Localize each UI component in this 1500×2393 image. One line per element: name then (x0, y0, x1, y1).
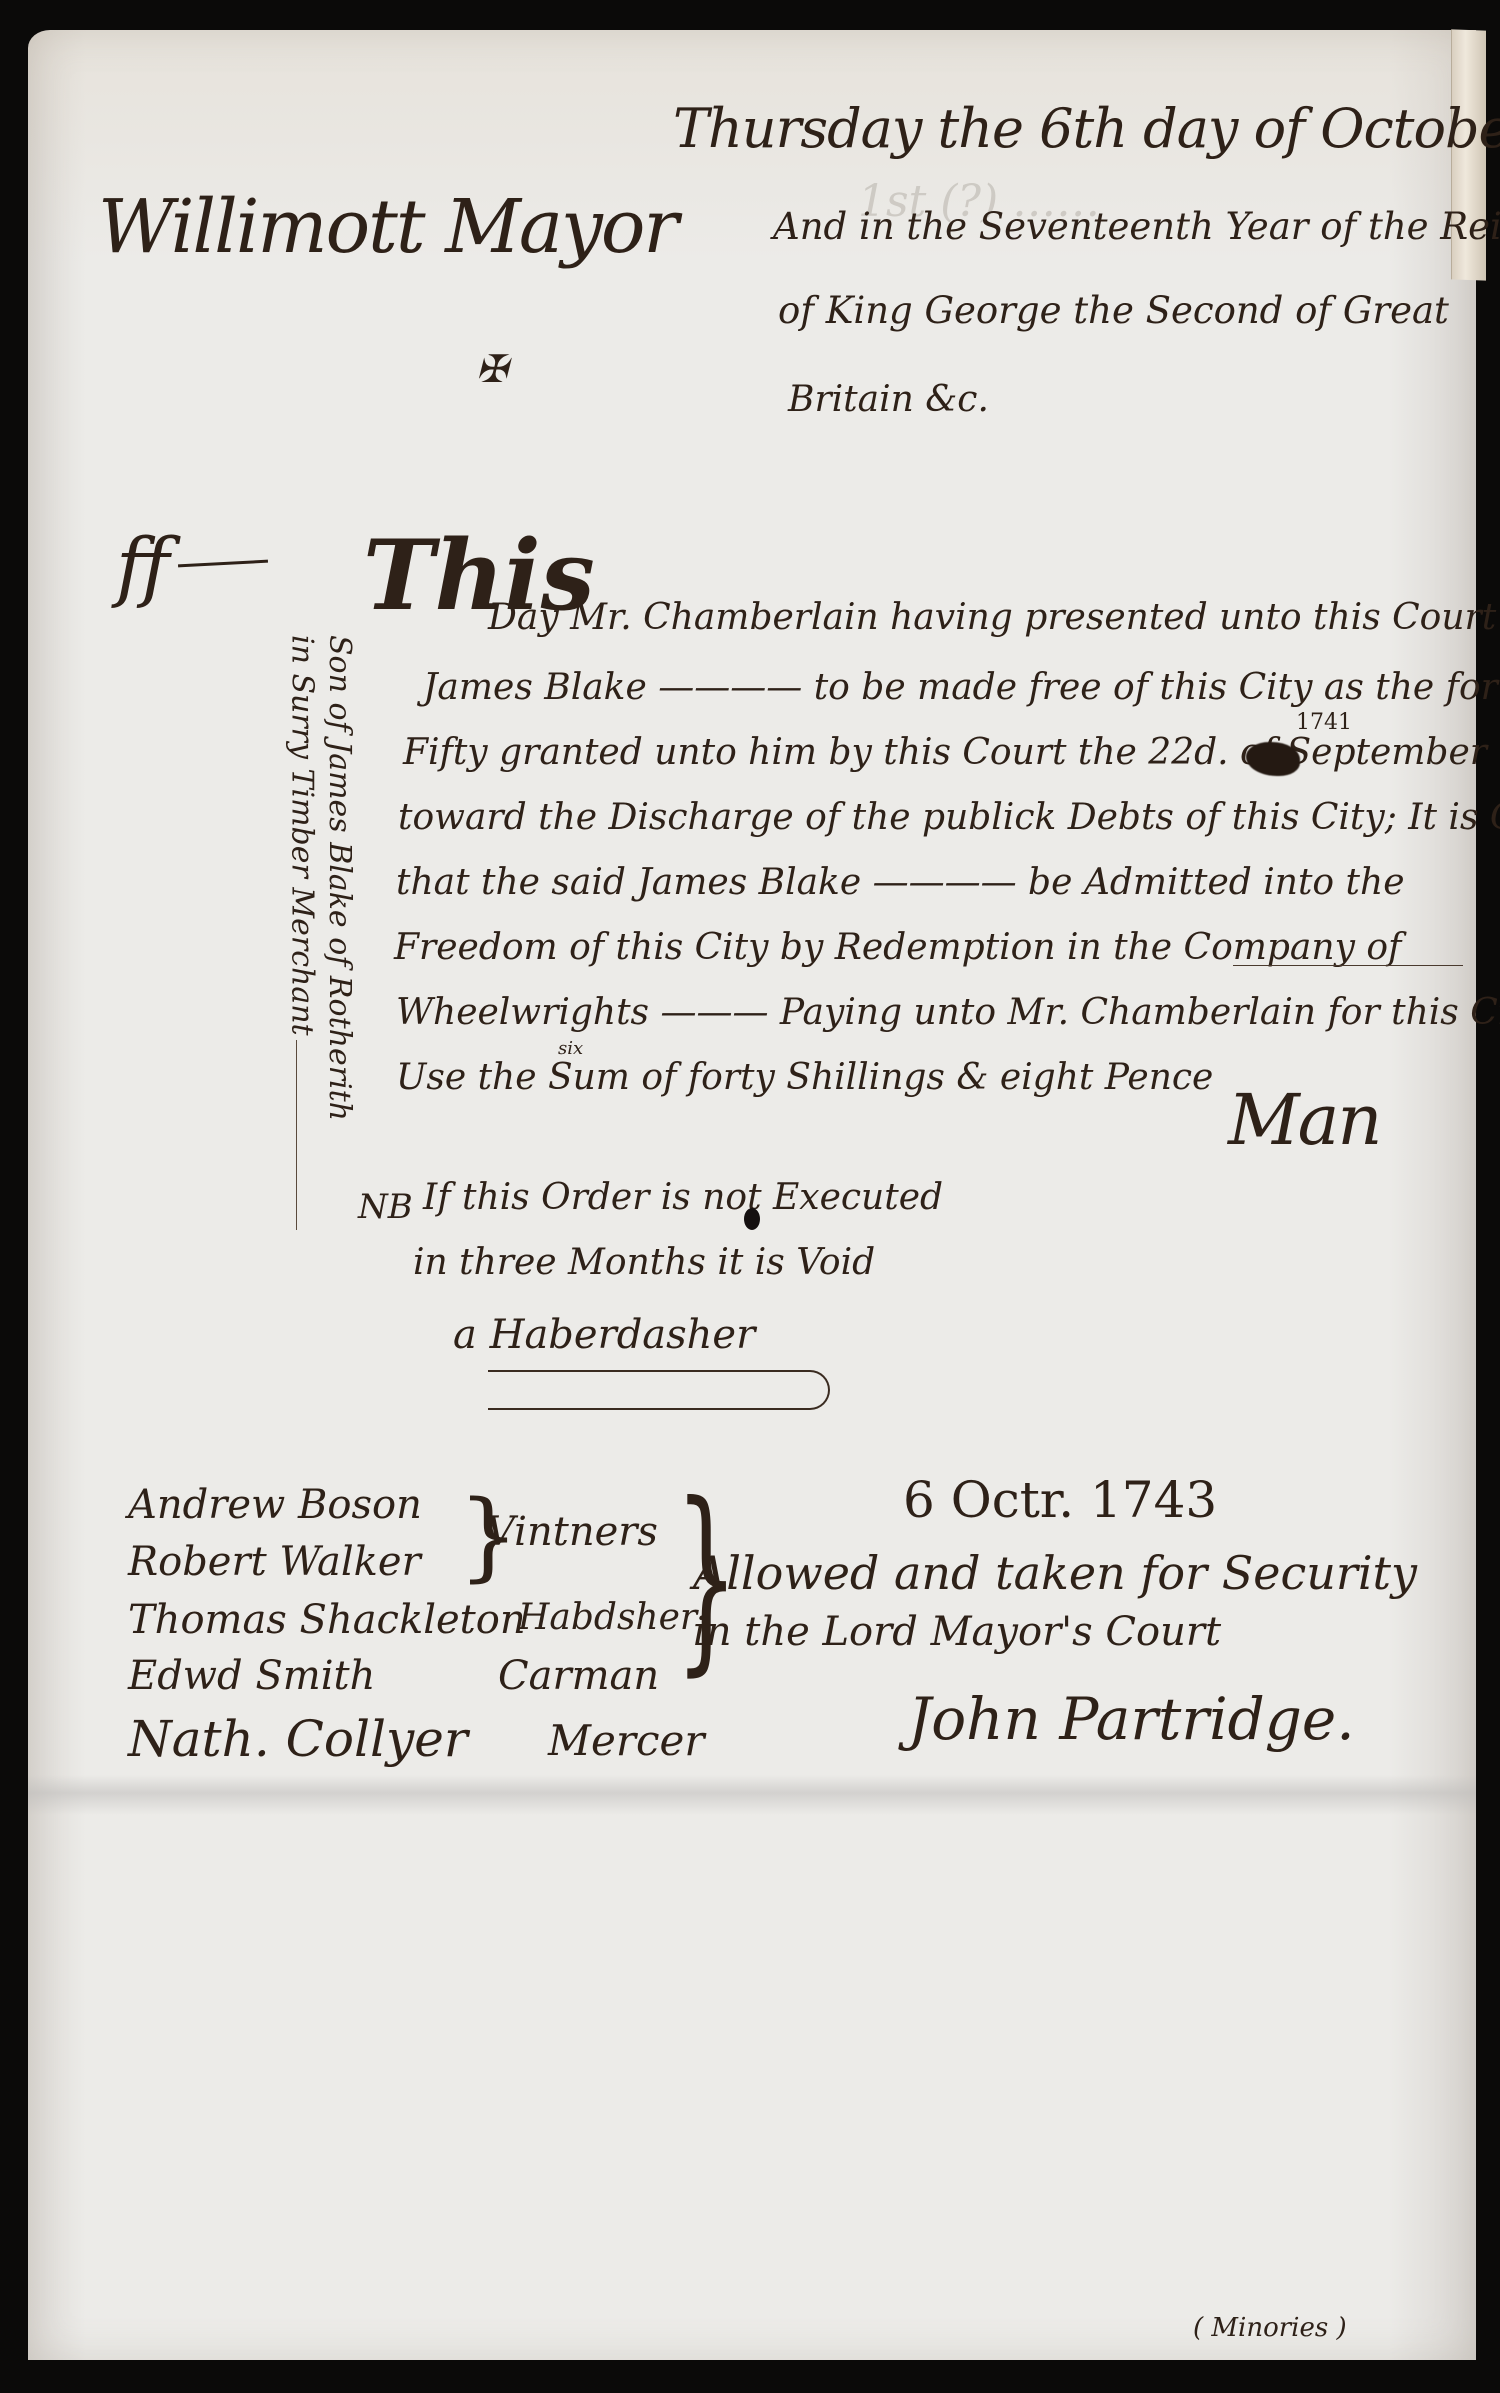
trade-vintners: Vintners (486, 1512, 658, 1552)
line-filler-rule (1233, 965, 1463, 966)
body-line-7: Wheelwrights ——— Paying unto Mr. Chamber… (396, 995, 1500, 1031)
nb-line-1: If this Order is not Executed (423, 1180, 943, 1216)
body-line-1: Day Mr. Chamberlain having presented unt… (488, 600, 1496, 636)
surety-name-1: Andrew Boson (128, 1485, 422, 1525)
surety-name-5: Nath. Collyer (128, 1714, 468, 1764)
allowed-line-2: in the Lord Mayor's Court (693, 1612, 1221, 1652)
archive-note: ( Minories ) (1193, 2315, 1347, 2341)
manuscript-page: 1st (?) …… Thursday the 6th day of Octob… (28, 30, 1476, 2360)
body-line-3: Fifty granted unto him by this Court the… (403, 735, 1500, 771)
body-line-5: that the said James Blake ———— be Admitt… (396, 865, 1405, 901)
reign-line-1: And in the Seventeenth Year of the Reign (773, 208, 1500, 245)
official-signature: Man (1228, 1085, 1381, 1155)
margin-rule (296, 1040, 297, 1230)
body-line-8: Use the Sum of forty Shillings & eight P… (396, 1060, 1213, 1096)
nb-label: NB (358, 1190, 413, 1224)
trade-haberdasher: Habdsher (518, 1600, 697, 1636)
header-date: Thursday the 6th day of October 1743 (673, 102, 1500, 156)
margin-mark: ff (116, 528, 170, 604)
mayor-flourish-icon: ✠ (476, 350, 508, 388)
trade-carman: Carman (498, 1656, 659, 1696)
surety-name-4: Edwd Smith (128, 1656, 375, 1696)
body-line-2: James Blake ———— to be made free of this… (423, 670, 1500, 706)
mayor-name: Willimott Mayor (98, 190, 677, 264)
allowed-date: 6 Octr. 1743 (903, 1475, 1217, 1525)
clerk-signature: John Partridge. (908, 1690, 1355, 1748)
body-line-6: Freedom of this City by Redemption in th… (394, 930, 1401, 966)
interlinear-year: 1741 (1296, 712, 1352, 734)
surety-name-3: Thomas Shackleton (128, 1600, 526, 1640)
surety-name-2: Robert Walker (128, 1542, 421, 1582)
body-line-4: toward the Discharge of the publick Debt… (398, 800, 1500, 836)
nb-line-2: in three Months it is Void (413, 1245, 875, 1281)
interlinear-insert: six (558, 1040, 583, 1058)
margin-note-line-1: Son of James Blake of Rotherith (321, 635, 359, 1121)
nb-flourish (488, 1370, 830, 1410)
company-note: a Haberdasher (453, 1315, 755, 1355)
paper-fold-crease (28, 1775, 1476, 1815)
allowed-line-1: Allowed and taken for Security (693, 1550, 1417, 1596)
paper-hole (744, 1208, 760, 1230)
margin-mark-stroke (178, 560, 268, 568)
reign-line-2: of King George the Second of Great (778, 292, 1449, 329)
margin-note-line-2: in Surry Timber Merchant (283, 635, 321, 1121)
reign-line-3: Britain &c. (788, 382, 989, 418)
trade-mercer: Mercer (548, 1720, 704, 1762)
margin-note: Son of James Blake of Rotherith in Surry… (283, 635, 358, 1121)
